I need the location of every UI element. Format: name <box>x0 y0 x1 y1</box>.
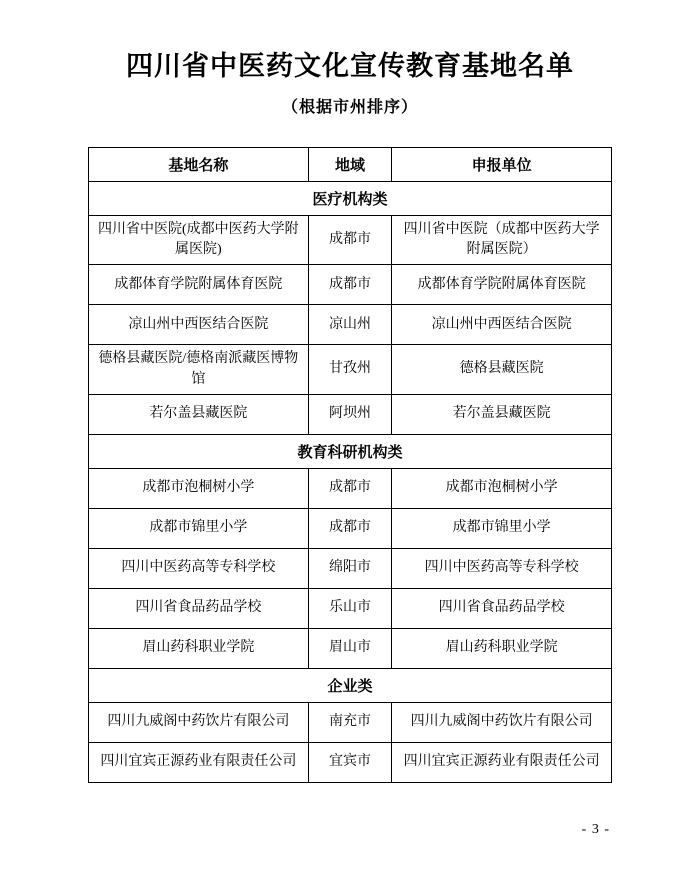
region-cell: 宜宾市 <box>308 742 392 782</box>
table-row: 四川九威阁中药饮片有限公司南充市四川九威阁中药饮片有限公司 <box>89 702 612 742</box>
table-row: 成都市锦里小学成都市成都市锦里小学 <box>89 508 612 548</box>
table-row: 眉山药科职业学院眉山市眉山药科职业学院 <box>89 628 612 668</box>
region-cell: 成都市 <box>308 215 392 265</box>
applicant-cell: 四川省食品药品学校 <box>392 588 612 628</box>
base-name-cell: 四川省食品药品学校 <box>89 588 309 628</box>
base-name-cell: 四川宜宾正源药业有限责任公司 <box>89 742 309 782</box>
region-cell: 凉山州 <box>308 305 392 345</box>
applicant-cell: 德格县藏医院 <box>392 345 612 395</box>
applicant-cell: 若尔盖县藏医院 <box>392 394 612 434</box>
table-row: 德格县藏医院/德格南派藏医博物馆甘孜州德格县藏医院 <box>89 345 612 395</box>
region-cell: 成都市 <box>308 265 392 305</box>
applicant-cell: 成都体育学院附属体育医院 <box>392 265 612 305</box>
table-row: 成都体育学院附属体育医院成都市成都体育学院附属体育医院 <box>89 265 612 305</box>
region-cell: 成都市 <box>308 508 392 548</box>
section-label: 教育科研机构类 <box>89 434 612 468</box>
table-row: 凉山州中西医结合医院凉山州凉山州中西医结合医院 <box>89 305 612 345</box>
region-cell: 甘孜州 <box>308 345 392 395</box>
base-name-cell: 四川省中医院(成都中医药大学附属医院) <box>89 215 309 265</box>
base-name-cell: 成都市泡桐树小学 <box>89 468 309 508</box>
applicant-cell: 四川宜宾正源药业有限责任公司 <box>392 742 612 782</box>
base-list-table: 基地名称 地域 申报单位 医疗机构类四川省中医院(成都中医药大学附属医院)成都市… <box>88 147 612 783</box>
column-header-base-name: 基地名称 <box>89 147 309 181</box>
table-row: 成都市泡桐树小学成都市成都市泡桐树小学 <box>89 468 612 508</box>
table-row: 四川省中医院(成都中医药大学附属医院)成都市四川省中医院（成都中医药大学附属医院… <box>89 215 612 265</box>
page-number: - 3 - <box>582 822 610 838</box>
applicant-cell: 成都市泡桐树小学 <box>392 468 612 508</box>
page-subtitle: （根据市州排序） <box>0 94 700 117</box>
document-page: 四川省中医药文化宣传教育基地名单 （根据市州排序） 基地名称 地域 申报单位 医… <box>0 0 700 870</box>
section-label: 企业类 <box>89 668 612 702</box>
table-row: 若尔盖县藏医院阿坝州若尔盖县藏医院 <box>89 394 612 434</box>
section-row: 医疗机构类 <box>89 181 612 215</box>
table-row: 四川宜宾正源药业有限责任公司宜宾市四川宜宾正源药业有限责任公司 <box>89 742 612 782</box>
region-cell: 阿坝州 <box>308 394 392 434</box>
table-row: 四川省食品药品学校乐山市四川省食品药品学校 <box>89 588 612 628</box>
section-row: 教育科研机构类 <box>89 434 612 468</box>
applicant-cell: 凉山州中西医结合医院 <box>392 305 612 345</box>
region-cell: 南充市 <box>308 702 392 742</box>
region-cell: 眉山市 <box>308 628 392 668</box>
base-name-cell: 若尔盖县藏医院 <box>89 394 309 434</box>
base-name-cell: 成都市锦里小学 <box>89 508 309 548</box>
page-title: 四川省中医药文化宣传教育基地名单 <box>0 0 700 82</box>
applicant-cell: 四川省中医院（成都中医药大学附属医院） <box>392 215 612 265</box>
region-cell: 乐山市 <box>308 588 392 628</box>
table-header-row: 基地名称 地域 申报单位 <box>89 147 612 181</box>
base-name-cell: 德格县藏医院/德格南派藏医博物馆 <box>89 345 309 395</box>
applicant-cell: 眉山药科职业学院 <box>392 628 612 668</box>
base-name-cell: 四川九威阁中药饮片有限公司 <box>89 702 309 742</box>
section-row: 企业类 <box>89 668 612 702</box>
base-name-cell: 凉山州中西医结合医院 <box>89 305 309 345</box>
column-header-region: 地域 <box>308 147 392 181</box>
section-label: 医疗机构类 <box>89 181 612 215</box>
base-name-cell: 眉山药科职业学院 <box>89 628 309 668</box>
applicant-cell: 四川中医药高等专科学校 <box>392 548 612 588</box>
applicant-cell: 成都市锦里小学 <box>392 508 612 548</box>
table-row: 四川中医药高等专科学校绵阳市四川中医药高等专科学校 <box>89 548 612 588</box>
base-name-cell: 成都体育学院附属体育医院 <box>89 265 309 305</box>
base-name-cell: 四川中医药高等专科学校 <box>89 548 309 588</box>
table-body: 医疗机构类四川省中医院(成都中医药大学附属医院)成都市四川省中医院（成都中医药大… <box>89 181 612 782</box>
applicant-cell: 四川九威阁中药饮片有限公司 <box>392 702 612 742</box>
region-cell: 绵阳市 <box>308 548 392 588</box>
column-header-applicant: 申报单位 <box>392 147 612 181</box>
region-cell: 成都市 <box>308 468 392 508</box>
